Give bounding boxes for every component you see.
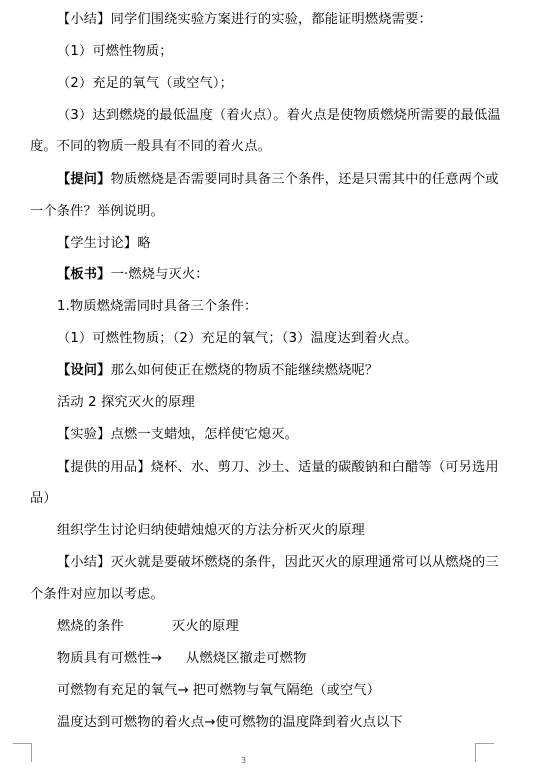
section-tag: 【提供的用品】: [57, 460, 151, 475]
page-number: 3: [241, 756, 246, 765]
table-row: 温度达到可燃物的着火点→使可燃物的温度降到着火点以下: [57, 715, 403, 731]
section-tag: 【实验】: [57, 427, 111, 442]
section-tag: 【小结】: [57, 555, 111, 570]
section-tag: 【设问】: [57, 363, 111, 378]
paragraph-continuation: 度。不同的物质一般具有不同的着火点。: [30, 139, 271, 155]
paragraph-continuation: 品）: [30, 491, 57, 507]
question-paragraph: 【设问】那么如何使正在燃烧的物质不能继续燃烧呢？: [57, 363, 378, 379]
experiment-paragraph: 【实验】点燃一支蜡烛，怎样使它熄灭。: [57, 427, 298, 443]
blackboard-heading: 【板书】一·燃烧与灭火：: [57, 267, 209, 283]
section-tag: 【提问】: [57, 172, 111, 187]
paragraph-continuation: 个条件对应加以考虑。: [30, 587, 164, 603]
table-row: 可燃物有充足的氧气→把可燃物与氧气隔绝（或空气）: [57, 683, 380, 699]
list-item: （2）充足的氧气（或空气）；: [57, 76, 233, 92]
page-corner-mark-right: [475, 743, 494, 762]
section-tag: 【板书】: [57, 267, 111, 282]
list-item: （3）达到燃烧的最低温度（着火点）。着火点是使物质燃烧所需要的最低温: [57, 108, 501, 124]
summary-paragraph: 【小结】灭火就是要破坏燃烧的条件，因此灭火的原理通常可以从燃烧的三: [57, 555, 499, 571]
section-tag: 【学生讨论】: [57, 236, 137, 251]
discussion-line: 组织学生讨论归纳使蜡烛熄灭的方法分析灭火的原理: [57, 523, 365, 539]
question-paragraph: 【提问】物质燃烧是否需要同时具备三个条件，还是只需其中的任意两个或: [57, 172, 499, 188]
conditions-line: （1）可燃性物质；（2）充足的氧气；（3）温度达到着火点。: [57, 331, 418, 347]
section-tag: 【小结】: [57, 12, 111, 27]
discussion-paragraph: 【学生讨论】略: [57, 236, 151, 252]
materials-paragraph: 【提供的用品】烧杯、水、剪刀、沙土、适量的碳酸钠和白醋等（可另选用: [57, 460, 499, 476]
summary-paragraph: 【小结】同学们围绕实验方案进行的实验，都能证明燃烧需要：: [57, 12, 432, 28]
list-item: （1）可燃性物质；: [57, 44, 173, 60]
paragraph-continuation: 一个条件？举例说明。: [30, 204, 164, 220]
activity-heading: 活动 2 探究灭火的原理: [57, 395, 195, 411]
page-corner-mark-left: [13, 743, 32, 762]
table-row: 物质具有可燃性→从燃烧区撤走可燃物: [57, 651, 306, 667]
table-header: 燃烧的条件灭火的原理: [57, 619, 239, 635]
numbered-item: 1.物质燃烧需同时具备三个条件：: [57, 299, 257, 315]
